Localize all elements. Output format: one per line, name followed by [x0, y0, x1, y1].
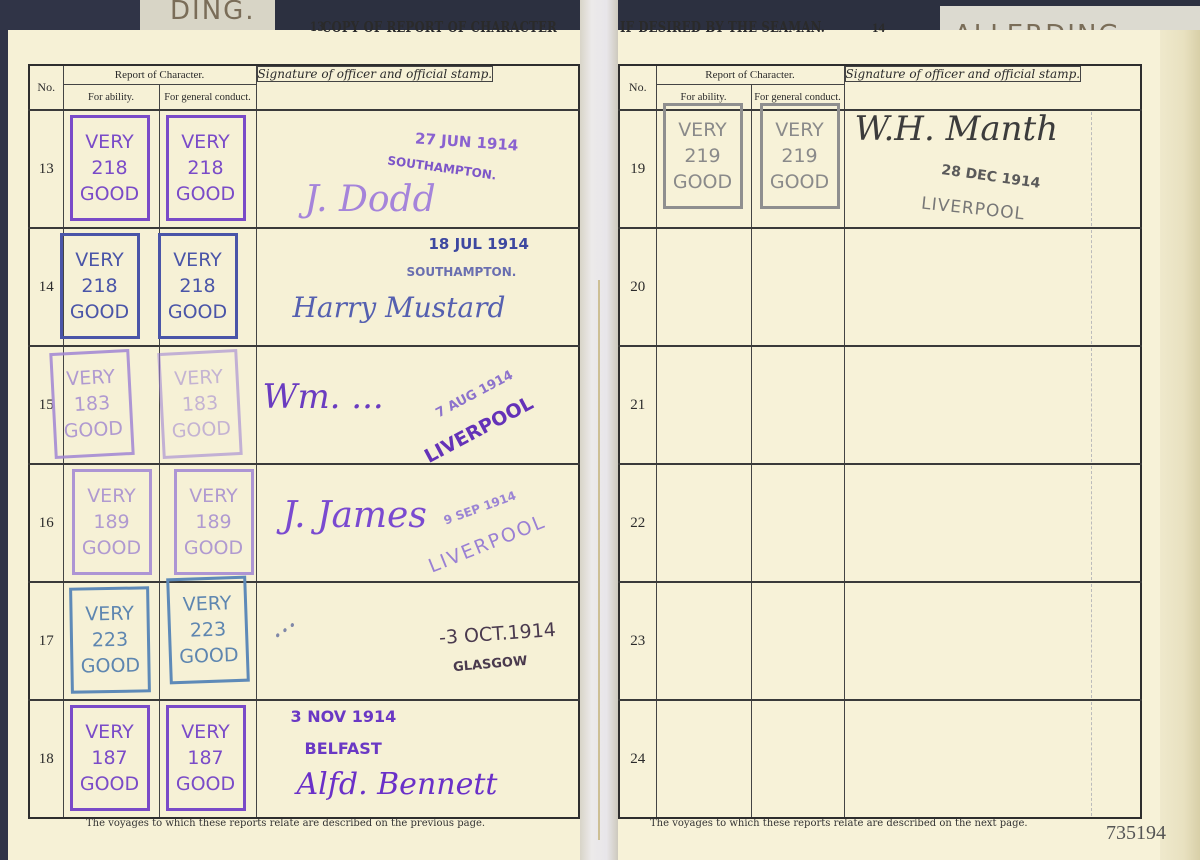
column-rule: [1091, 584, 1092, 698]
signature-cell-empty: [844, 700, 1141, 818]
ability-stamp: VERY183GOOD: [49, 349, 134, 459]
conduct-stamp: VERY218GOOD: [166, 115, 246, 221]
conduct-stamp: VERY183GOOD: [157, 349, 242, 459]
column-header-signature: Signature of officer and official stamp.: [257, 66, 494, 82]
row-number: 23: [619, 582, 656, 700]
stamp-line: 219: [684, 143, 720, 169]
officer-signature: ...: [259, 602, 300, 644]
character-report-table-right: No. Report of Character. Signature of of…: [618, 64, 1142, 819]
ability-stamp: VERY223GOOD: [69, 586, 151, 693]
character-report-table-left: No. Report of Character. Signature of of…: [28, 64, 580, 819]
stamp-line: VERY: [678, 117, 727, 143]
stamp-line: GOOD: [184, 535, 243, 561]
table-row: 17 VERY223GOOD VERY223GOOD ... -3 OCT.19…: [29, 582, 579, 700]
stamp-line: VERY: [775, 117, 824, 143]
ability-cell-empty: [656, 582, 751, 700]
column-header-report: Report of Character.: [656, 65, 844, 85]
stamp-line: VERY: [189, 483, 238, 509]
officer-signature: W.H. Manth: [855, 109, 1059, 149]
port-stamp: LIVERPOOL: [420, 392, 536, 468]
stamp-line: VERY: [85, 601, 134, 628]
stamp-line: 187: [187, 745, 223, 771]
conduct-stamp: VERY219GOOD: [760, 103, 840, 209]
table-row: 16 VERY189GOOD VERY189GOOD J. James 9 SE…: [29, 464, 579, 582]
serial-number: 735194: [1106, 822, 1166, 845]
stamp-line: GOOD: [82, 535, 141, 561]
officer-signature: J. James: [283, 495, 427, 536]
conduct-stamp: VERY218GOOD: [158, 233, 238, 339]
stamp-line: VERY: [181, 129, 230, 155]
column-rule: [1091, 466, 1092, 580]
row-number: 16: [29, 464, 63, 582]
date-stamp: -3 OCT.1914: [438, 619, 556, 649]
signature-cell-empty: [844, 582, 1141, 700]
ability-stamp: VERY187GOOD: [70, 705, 150, 811]
row-number: 14: [29, 228, 63, 346]
column-header-conduct: For general conduct.: [159, 85, 256, 111]
stamp-line: VERY: [87, 483, 136, 509]
stamp-line: VERY: [173, 364, 223, 393]
stamp-line: VERY: [182, 590, 231, 618]
stamp-line: 223: [91, 627, 128, 654]
conduct-stamp: VERY187GOOD: [166, 705, 246, 811]
port-stamp: SOUTHAMPTON.: [407, 265, 517, 279]
stamp-line: 218: [81, 273, 117, 299]
table-row: 20: [619, 228, 1141, 346]
date-stamp: 27 JUN 1914: [414, 129, 518, 154]
signature-cell-empty: [844, 346, 1141, 464]
column-rule: [1091, 702, 1092, 816]
stamp-line: 219: [781, 143, 817, 169]
ability-stamp: VERY189GOOD: [72, 469, 152, 575]
stamp-line: VERY: [75, 247, 124, 273]
stamp-line: GOOD: [70, 299, 129, 325]
binding-thread: [598, 280, 600, 840]
conduct-cell-empty: [751, 700, 844, 818]
stamp-line: GOOD: [770, 169, 829, 195]
ability-cell-empty: [656, 700, 751, 818]
conduct-cell-empty: [751, 228, 844, 346]
signature-cell-empty: [844, 464, 1141, 582]
table-row: 21: [619, 346, 1141, 464]
stamp-line: 189: [93, 509, 129, 535]
stamp-line: GOOD: [80, 771, 139, 797]
signature-cell-empty: [844, 228, 1141, 346]
conduct-cell-empty: [751, 464, 844, 582]
date-stamp: 3 NOV 1914: [291, 707, 397, 726]
stamp-line: GOOD: [176, 771, 235, 797]
stamp-line: GOOD: [171, 415, 232, 444]
stamp-line: VERY: [85, 129, 134, 155]
officer-signature: Wm. ...: [263, 377, 384, 417]
ability-cell-empty: [656, 346, 751, 464]
stamp-line: GOOD: [80, 181, 139, 207]
stamp-line: 218: [179, 273, 215, 299]
stamp-line: GOOD: [63, 415, 124, 444]
column-header-ability: For ability.: [63, 85, 159, 111]
stamp-line: 223: [189, 616, 226, 643]
row-number: 21: [619, 346, 656, 464]
table-row: 23: [619, 582, 1141, 700]
conduct-cell-empty: [751, 582, 844, 700]
row-number: 24: [619, 700, 656, 818]
stamp-line: 218: [187, 155, 223, 181]
page-title-right: IF DESIRED BY THE SEAMAN.: [620, 18, 825, 36]
port-stamp: LIVERPOOL: [920, 194, 1026, 225]
stamp-line: GOOD: [80, 652, 140, 679]
date-stamp: 18 JUL 1914: [429, 235, 529, 253]
row-number: 13: [29, 110, 63, 228]
right-page-number: 14: [872, 20, 885, 36]
column-header-no: No.: [29, 65, 63, 110]
conduct-stamp: VERY189GOOD: [174, 469, 254, 575]
stamp-line: GOOD: [178, 642, 238, 670]
right-page-footnote: The voyages to which these reports relat…: [650, 818, 1028, 829]
row-number: 19: [619, 110, 656, 228]
stamp-line: 183: [181, 390, 219, 418]
stamp-line: GOOD: [673, 169, 732, 195]
conduct-cell-empty: [751, 346, 844, 464]
ability-cell-empty: [656, 464, 751, 582]
officer-signature: Alfd. Bennett: [297, 767, 498, 802]
left-tab-label: DING.: [170, 0, 256, 26]
stamp-line: 183: [73, 390, 111, 418]
ability-cell-empty: [656, 228, 751, 346]
port-stamp: GLASGOW: [452, 654, 527, 675]
stamp-line: 189: [195, 509, 231, 535]
table-row: 13 VERY218GOOD VERY218GOOD 27 JUN 1914 S…: [29, 110, 579, 228]
column-rule: [1091, 230, 1092, 344]
column-header-no: No.: [619, 65, 656, 110]
page-title-left: COPY OF REPORT OF CHARACTER: [322, 18, 557, 36]
stamp-line: 187: [91, 745, 127, 771]
row-number: 18: [29, 700, 63, 818]
column-rule: [1091, 348, 1092, 462]
stamp-line: GOOD: [168, 299, 227, 325]
row-number: 20: [619, 228, 656, 346]
row-number: 22: [619, 464, 656, 582]
table-row: 19 VERY219GOOD VERY219GOOD W.H. Manth 28…: [619, 110, 1141, 228]
date-stamp: 9 SEP 1914: [441, 488, 517, 527]
ability-stamp: VERY219GOOD: [663, 103, 743, 209]
stamp-line: VERY: [181, 719, 230, 745]
ability-stamp: VERY218GOOD: [60, 233, 140, 339]
table-row: 22: [619, 464, 1141, 582]
table-row: 24: [619, 700, 1141, 818]
officer-signature: J. Dodd: [305, 179, 436, 220]
date-stamp: 28 DEC 1914: [940, 162, 1041, 192]
table-row: 18 VERY187GOOD VERY187GOOD 3 NOV 1914 BE…: [29, 700, 579, 818]
column-header-signature: Signature of officer and official stamp.: [845, 66, 1082, 82]
page-edges: [1160, 30, 1200, 860]
officer-signature: Harry Mustard: [293, 291, 506, 324]
conduct-stamp: VERY223GOOD: [166, 576, 250, 685]
column-header-report: Report of Character.: [63, 65, 256, 85]
stamp-line: VERY: [65, 364, 115, 393]
table-row: 15 VERY183GOOD VERY183GOOD Wm. ... 7 AUG…: [29, 346, 579, 464]
stamp-line: VERY: [173, 247, 222, 273]
ability-stamp: VERY218GOOD: [70, 115, 150, 221]
row-number: 17: [29, 582, 63, 700]
left-page-footnote: The voyages to which these reports relat…: [86, 818, 485, 829]
table-row: 14 VERY218GOOD VERY218GOOD 18 JUL 1914 S…: [29, 228, 579, 346]
stamp-line: 218: [91, 155, 127, 181]
stamp-line: GOOD: [176, 181, 235, 207]
port-stamp: BELFAST: [305, 739, 382, 758]
stamp-line: VERY: [85, 719, 134, 745]
book-spine: [580, 0, 618, 860]
column-rule: [1091, 112, 1092, 226]
